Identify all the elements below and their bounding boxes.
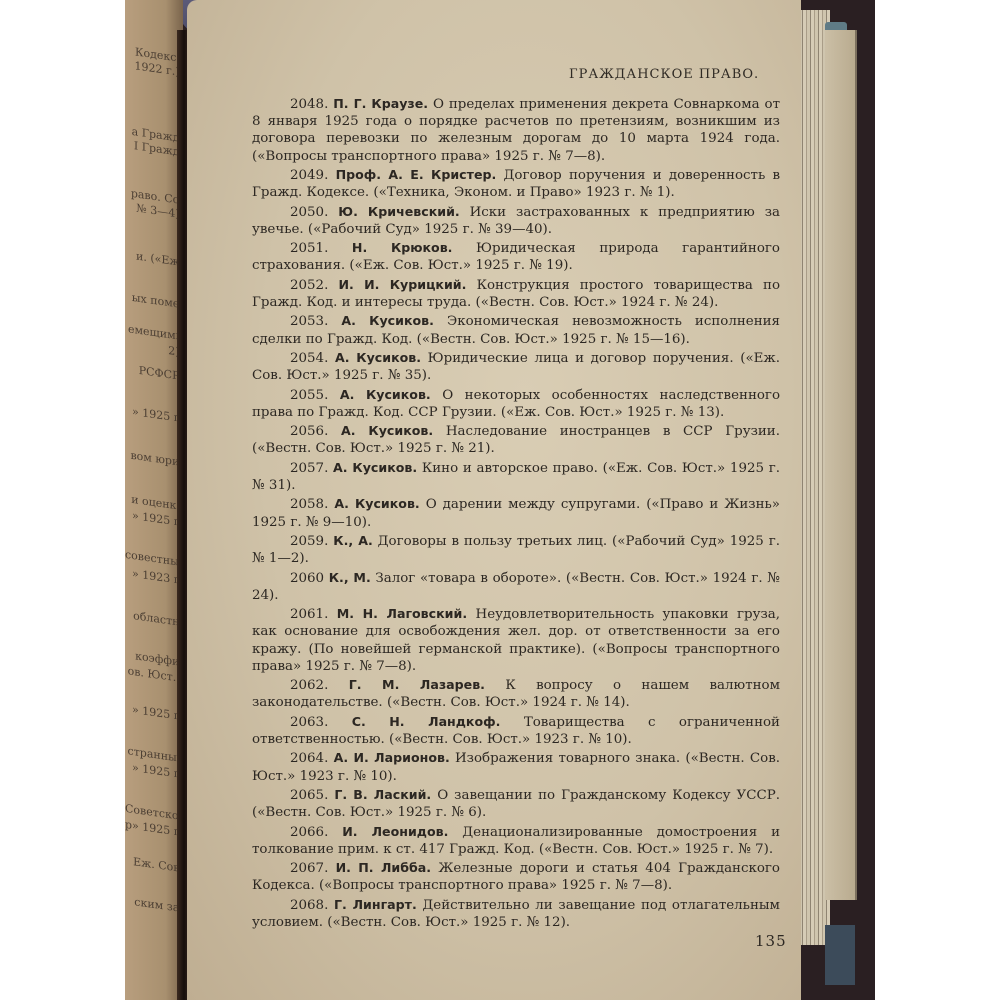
- entry-text: Иски застрахованных к предприятию за уве…: [252, 205, 780, 237]
- entry-number: 2060: [290, 571, 324, 586]
- entry-number: 2061.: [290, 607, 328, 622]
- entry-author: К., А.: [333, 533, 372, 548]
- entry-text: Кино и авторское право. («Еж. Сов. Юст.»…: [252, 461, 780, 493]
- entry-text: Наследование иностранцев в ССР Грузии. (…: [252, 424, 780, 456]
- left-page-text-fragment: » 1925 г.: [125, 404, 183, 425]
- right-page: ГРАЖДАНСКОЕ ПРАВО. 2048. П. Г. Краузе. О…: [187, 0, 801, 1000]
- bibliography-entry: 2049. Проф. А. Е. Кристер. Договор поруч…: [252, 166, 780, 201]
- page-number: 135: [755, 932, 787, 950]
- left-page-text-fragment: вом юри-: [125, 448, 183, 469]
- entry-author: А. Кусиков.: [334, 496, 419, 511]
- cover-corner-bottom: [825, 925, 855, 985]
- entry-text: Конструкция простого товарищества по Гра…: [252, 278, 780, 310]
- bibliography-entry: 2068. Г. Лингарт. Действительно ли завещ…: [252, 896, 780, 931]
- bibliography-entry: 2051. Н. Крюков. Юридическая природа гар…: [252, 239, 780, 274]
- entry-author: И. П. Либба.: [336, 860, 432, 875]
- bibliography-entry: 2061. М. Н. Лаговский. Неудовлетворитель…: [252, 605, 780, 675]
- left-page: Кодекса1922 г.).а Гражд.I Гражд.раво. Со…: [125, 0, 183, 1000]
- entry-text: Договоры в пользу третьих лиц. («Рабочий…: [252, 534, 780, 566]
- bibliography-entry: 2067. И. П. Либба. Железные дороги и ста…: [252, 859, 780, 894]
- entry-text: Юридическая природа гарантийного страхов…: [252, 241, 780, 273]
- bibliography-entry: 2057. А. Кусиков. Кино и авторское право…: [252, 459, 780, 494]
- entry-number: 2062.: [290, 678, 328, 693]
- entry-number: 2057.: [290, 461, 328, 476]
- bibliography-entry: 2062. Г. М. Лазарев. К вопросу о нашем в…: [252, 676, 780, 711]
- entry-author: А. И. Ларионов.: [334, 750, 450, 765]
- entry-author: П. Г. Краузе.: [333, 96, 428, 111]
- entry-author: Г. Лингарт.: [334, 897, 417, 912]
- left-page-text-fragment: совестных: [125, 548, 183, 569]
- entry-text: Неудовлетворительность упаковки груза, к…: [252, 607, 780, 674]
- entry-author: А. Кусиков.: [335, 350, 421, 365]
- entry-author: А. Кусиков.: [333, 460, 417, 475]
- left-page-text-fragment: Еж. Сов.: [125, 854, 183, 875]
- bibliography-entry: 2053. А. Кусиков. Экономическая невозмож…: [252, 312, 780, 347]
- entry-text: О завещании по Гражданскому Кодексу УССР…: [252, 788, 780, 820]
- left-page-text-fragment: РСФСР.: [125, 362, 183, 383]
- bibliography-entry: 2052. И. И. Курицкий. Конструкция просто…: [252, 276, 780, 311]
- bibliography-entry: 2065. Г. В. Лаский. О завещании по Гражд…: [252, 786, 780, 821]
- entry-number: 2051.: [290, 241, 328, 256]
- entry-number: 2068.: [290, 898, 328, 913]
- entry-author: А. Кусиков.: [341, 423, 433, 438]
- book-photo: Кодекса1922 г.).а Гражд.I Гражд.раво. Со…: [125, 0, 875, 1000]
- entry-author: Г. В. Лаский.: [334, 787, 431, 802]
- entry-text: О дарении между супругами. («Право и Жиз…: [252, 497, 780, 529]
- entry-author: А. Кусиков.: [341, 313, 433, 328]
- entry-number: 2055.: [290, 388, 328, 403]
- running-head: ГРАЖДАНСКОЕ ПРАВО.: [569, 67, 759, 82]
- bibliography-entry: 2055. А. Кусиков. О некоторых особенност…: [252, 386, 780, 421]
- entry-author: Ю. Кричевский.: [338, 204, 459, 219]
- entry-number: 2053.: [290, 314, 328, 329]
- bibliography-entry: 2050. Ю. Кричевский. Иски застрахованных…: [252, 203, 780, 238]
- bibliography-entry: 2054. А. Кусиков. Юридические лица и дог…: [252, 349, 780, 384]
- entry-number: 2048.: [290, 97, 328, 112]
- entry-author: Проф. А. Е. Кристер.: [336, 167, 497, 182]
- entry-text: Экономическая невозможность исполнения с…: [252, 314, 780, 346]
- entry-number: 2054.: [290, 351, 328, 366]
- entry-text: Железные дороги и статья 404 Гражданског…: [252, 861, 780, 893]
- left-page-text-fragment: » 1925 г.: [125, 702, 183, 723]
- left-page-text-fragment: областн.: [125, 608, 183, 629]
- bibliography-entry: 2063. С. Н. Ландкоф. Товарищества с огра…: [252, 713, 780, 748]
- entry-number: 2064.: [290, 751, 328, 766]
- entry-number: 2065.: [290, 788, 328, 803]
- left-page-text-fragment: ых поме-: [125, 290, 183, 311]
- entry-text: О некоторых особенностях наследственного…: [252, 388, 780, 420]
- entry-number: 2052.: [290, 278, 328, 293]
- entry-number: 2059.: [290, 534, 328, 549]
- entry-author: К., М.: [329, 570, 371, 585]
- cover-edge: [825, 30, 857, 900]
- entry-author: А. Кусиков.: [340, 387, 431, 402]
- bibliography-entry: 2060 К., М. Залог «товара в обороте». («…: [252, 569, 780, 604]
- left-page-text-fragment: » 1923 г.: [125, 566, 183, 587]
- bibliography-entry: 2058. А. Кусиков. О дарении между супруг…: [252, 495, 780, 530]
- entry-author: Г. М. Лазарев.: [349, 677, 485, 692]
- entry-author: М. Н. Лаговский.: [337, 606, 467, 621]
- entry-author: И. Леонидов.: [342, 824, 448, 839]
- entry-number: 2063.: [290, 715, 328, 730]
- entry-number: 2050.: [290, 205, 328, 220]
- entry-number: 2056.: [290, 424, 328, 439]
- bibliography-entry: 2064. А. И. Ларионов. Изображения товарн…: [252, 749, 780, 784]
- entry-author: Н. Крюков.: [352, 240, 453, 255]
- bibliography-entry: 2066. И. Леонидов. Денационализированные…: [252, 823, 780, 858]
- entry-text: К вопросу о нашем валютном законодательс…: [252, 678, 780, 710]
- entry-number: 2066.: [290, 825, 328, 840]
- entry-text: Юридические лица и договор поручения. («…: [252, 351, 780, 383]
- left-page-text-fragment: ским за-: [125, 894, 183, 915]
- entry-number: 2049.: [290, 168, 328, 183]
- bibliography-entry: 2059. К., А. Договоры в пользу третьих л…: [252, 532, 780, 567]
- entry-text: О пределах применения декрета Совнаркома…: [252, 97, 780, 164]
- bibliography-entry: 2048. П. Г. Краузе. О пределах применени…: [252, 95, 780, 165]
- entry-text: Денационализированные домостроения и тол…: [252, 825, 780, 857]
- entry-text: Товарищества с ограниченной ответственно…: [252, 715, 780, 747]
- entry-text: Изображения товарного знака. («Вестн. Со…: [252, 751, 780, 783]
- entry-text: Действительно ли завещание под отлагател…: [252, 898, 780, 930]
- entry-number: 2058.: [290, 497, 328, 512]
- entry-number: 2067.: [290, 861, 328, 876]
- entry-author: С. Н. Ландкоф.: [352, 714, 501, 729]
- bibliography-entry: 2056. А. Кусиков. Наследование иностранц…: [252, 422, 780, 457]
- bibliography-list: 2048. П. Г. Краузе. О пределах применени…: [252, 95, 780, 932]
- entry-text: Договор поручения и доверенность в Гражд…: [252, 168, 780, 200]
- entry-author: И. И. Курицкий.: [339, 277, 467, 292]
- left-page-text-fragment: и. («Еж.: [125, 248, 183, 269]
